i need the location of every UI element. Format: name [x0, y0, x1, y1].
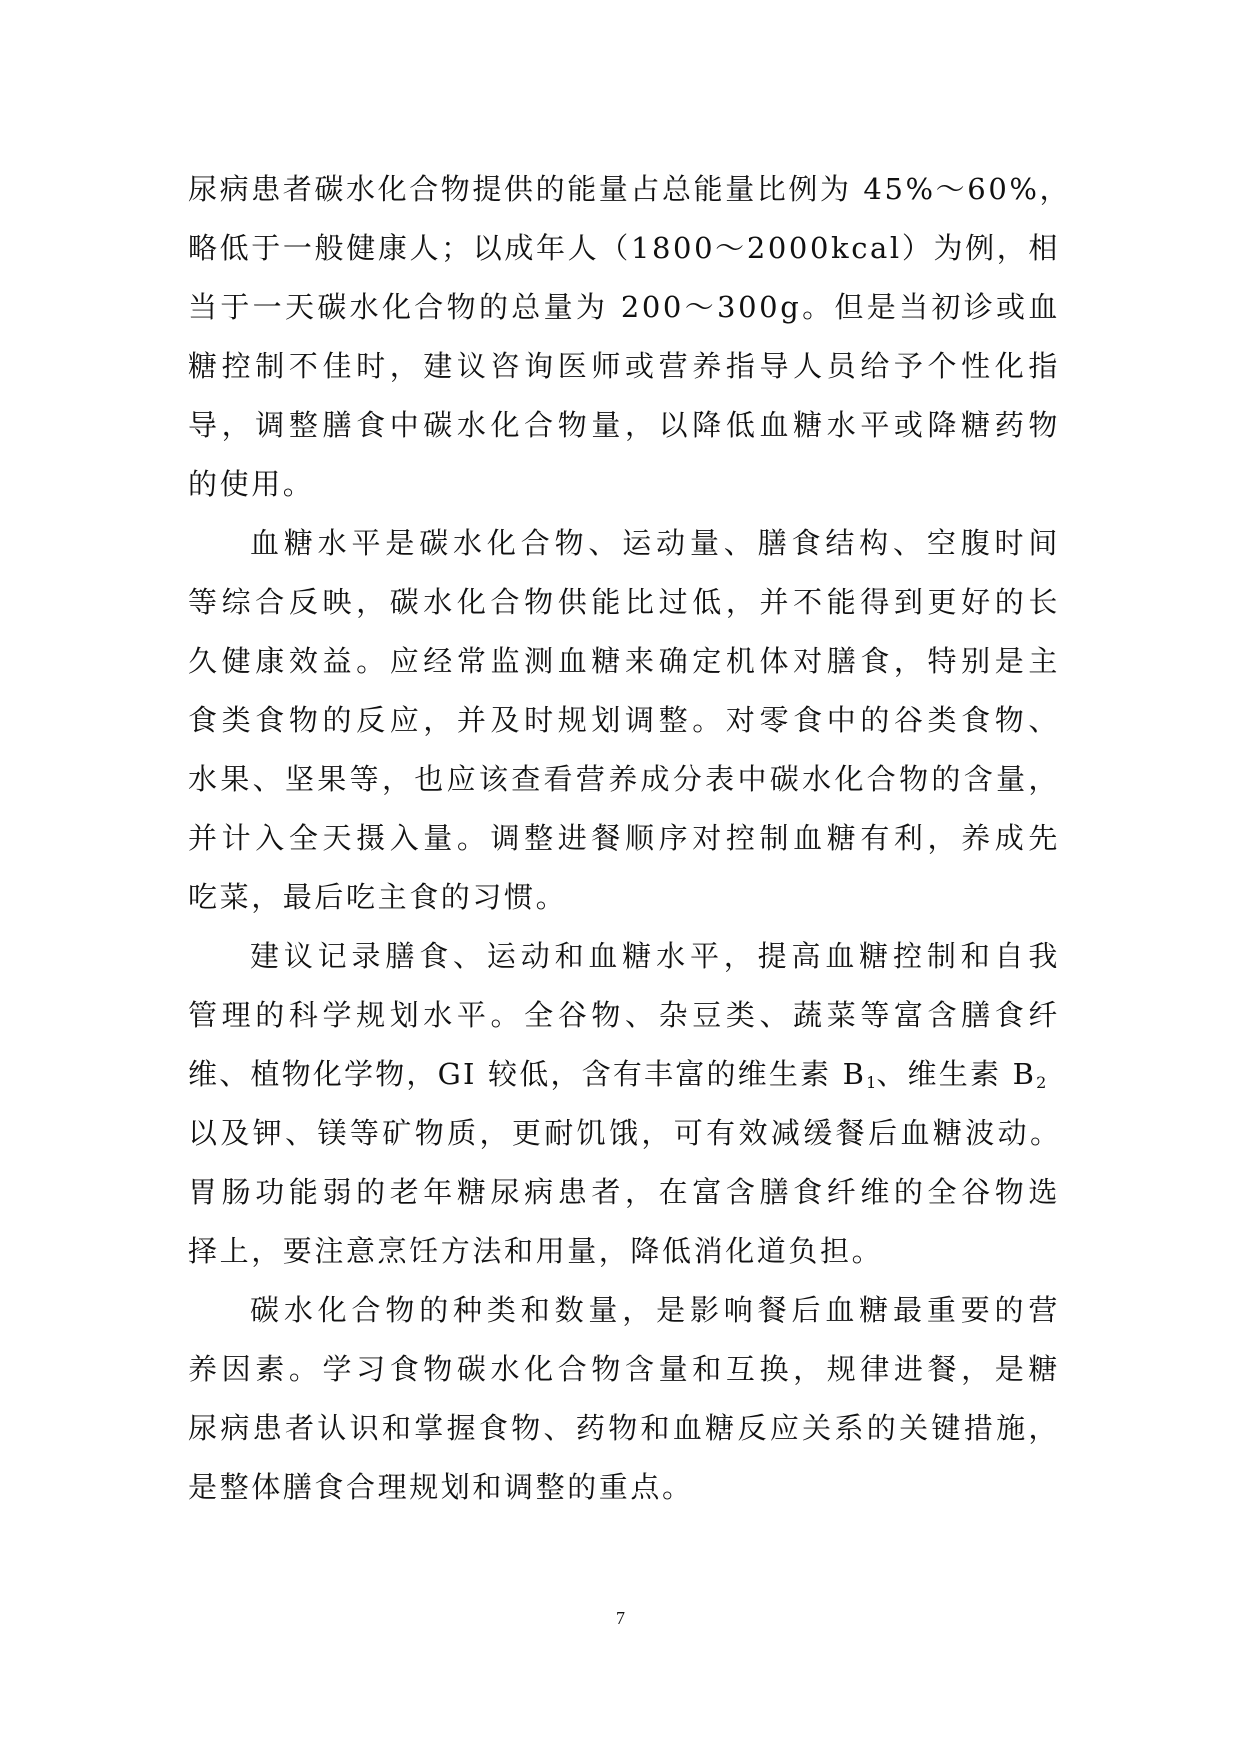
text-line: 尿病患者碳水化合物提供的能量占总能量比例为 45%～60%，	[188, 160, 1060, 219]
subscript: 2	[1036, 1073, 1046, 1092]
text-segment: 、维生素 B	[876, 1057, 1036, 1091]
text-line: 尿病患者认识和掌握食物、药物和血糖反应关系的关键措施，	[188, 1399, 1060, 1458]
text-line: 导，调整膳食中碳水化合物量，以降低血糖水平或降糖药物	[188, 396, 1060, 455]
text-line: 养因素。学习食物碳水化合物含量和互换，规律进餐，是糖	[188, 1340, 1060, 1399]
text-line: 略低于一般健康人；以成年人（1800～2000kcal）为例，相	[188, 219, 1060, 278]
text-line: 水果、坚果等，也应该查看营养成分表中碳水化合物的含量，	[188, 750, 1060, 809]
text-line: 胃肠功能弱的老年糖尿病患者，在富含膳食纤维的全谷物选	[188, 1163, 1060, 1222]
page-number: 7	[0, 1608, 1241, 1629]
paragraph-3: 建议记录膳食、运动和血糖水平，提高血糖控制和自我 管理的科学规划水平。全谷物、杂…	[188, 927, 1060, 1281]
text-line: 维、植物化学物，GI 较低，含有丰富的维生素 B1、维生素 B2	[188, 1045, 1060, 1104]
text-line: 是整体膳食合理规划和调整的重点。	[188, 1458, 1060, 1517]
text-line: 当于一天碳水化合物的总量为 200～300g。但是当初诊或血	[188, 278, 1060, 337]
paragraph-1: 尿病患者碳水化合物提供的能量占总能量比例为 45%～60%， 略低于一般健康人；…	[188, 160, 1060, 514]
text-line: 建议记录膳食、运动和血糖水平，提高血糖控制和自我	[188, 927, 1060, 986]
text-segment: 维、植物化学物，GI 较低，含有丰富的维生素 B	[188, 1057, 866, 1091]
paragraph-4: 碳水化合物的种类和数量，是影响餐后血糖最重要的营 养因素。学习食物碳水化合物含量…	[188, 1281, 1060, 1517]
text-line: 管理的科学规划水平。全谷物、杂豆类、蔬菜等富含膳食纤	[188, 986, 1060, 1045]
text-line: 等综合反映，碳水化合物供能比过低，并不能得到更好的长	[188, 573, 1060, 632]
text-line: 择上，要注意烹饪方法和用量，降低消化道负担。	[188, 1222, 1060, 1281]
text-line: 以及钾、镁等矿物质，更耐饥饿，可有效减缓餐后血糖波动。	[188, 1104, 1060, 1163]
text-line: 糖控制不佳时，建议咨询医师或营养指导人员给予个性化指	[188, 337, 1060, 396]
text-line: 久健康效益。应经常监测血糖来确定机体对膳食，特别是主	[188, 632, 1060, 691]
text-line: 吃菜，最后吃主食的习惯。	[188, 868, 1060, 927]
paragraph-2: 血糖水平是碳水化合物、运动量、膳食结构、空腹时间 等综合反映，碳水化合物供能比过…	[188, 514, 1060, 927]
text-line: 食类食物的反应，并及时规划调整。对零食中的谷类食物、	[188, 691, 1060, 750]
subscript: 1	[866, 1073, 876, 1092]
document-body: 尿病患者碳水化合物提供的能量占总能量比例为 45%～60%， 略低于一般健康人；…	[188, 160, 1060, 1517]
text-line: 的使用。	[188, 455, 1060, 514]
text-line: 并计入全天摄入量。调整进餐顺序对控制血糖有利，养成先	[188, 809, 1060, 868]
text-line: 血糖水平是碳水化合物、运动量、膳食结构、空腹时间	[188, 514, 1060, 573]
text-line: 碳水化合物的种类和数量，是影响餐后血糖最重要的营	[188, 1281, 1060, 1340]
